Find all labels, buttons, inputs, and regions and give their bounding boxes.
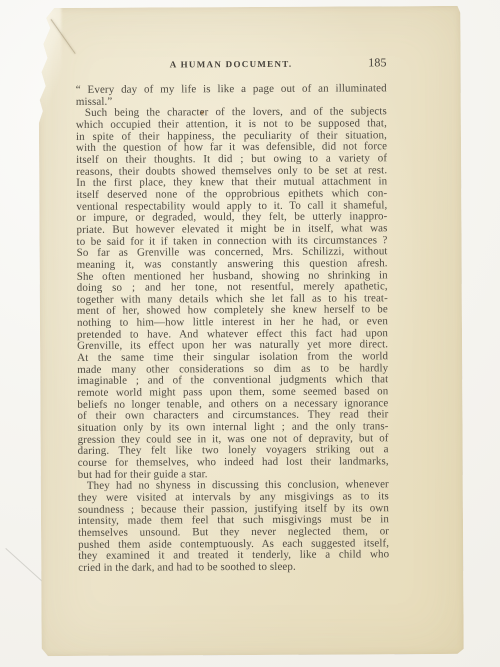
running-header-title: A HUMAN DOCUMENT. — [170, 59, 293, 71]
text-line: cried in the dark, and had to be soothed… — [78, 561, 389, 574]
torn-corner-edge — [35, 5, 62, 131]
scanned-book-photo: { "document": { "running_header": "A HUM… — [0, 0, 500, 667]
text-line: “ Every day of my life is like a page ou… — [76, 83, 387, 96]
epigraph: “ Every day of my life is like a page ou… — [76, 83, 387, 108]
page-number: 185 — [368, 57, 386, 69]
paragraph: Such being the character of the lovers, … — [76, 107, 389, 482]
text-line: course for themselves, who indeed had lo… — [78, 456, 389, 469]
scan-background: A HUMAN DOCUMENT. 185 “ Every day of my … — [0, 0, 500, 667]
book-page: A HUMAN DOCUMENT. 185 “ Every day of my … — [38, 6, 463, 656]
running-header: A HUMAN DOCUMENT. 185 — [76, 58, 387, 72]
page-content: A HUMAN DOCUMENT. 185 “ Every day of my … — [76, 58, 390, 574]
background-scratch — [5, 548, 43, 582]
paragraph: They had no shyness in discussing this c… — [78, 480, 389, 575]
